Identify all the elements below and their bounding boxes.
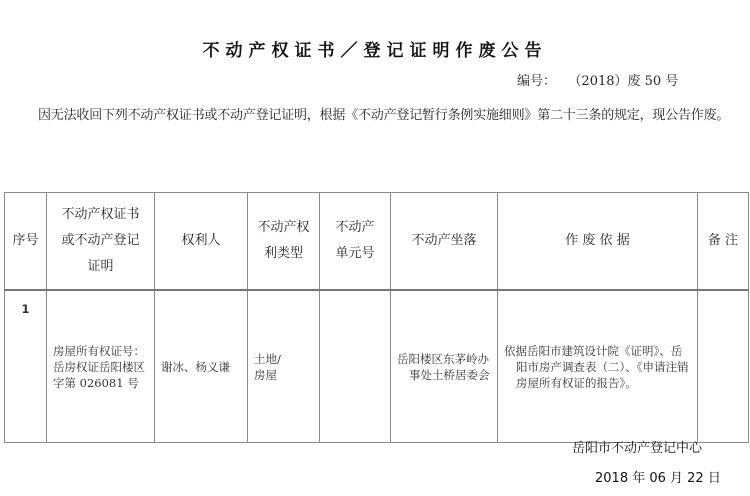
cell-remark [698, 290, 749, 443]
header-right-type: 不动产权 利类型 [248, 193, 320, 291]
cell-right-type: 土地/房屋 [248, 290, 320, 443]
header-holder: 权利人 [155, 193, 248, 291]
void-certificates-table: 序号 不动产权证书 或不动产登记 证明 权利人 不动产权 利类型 不动产 单元号… [4, 192, 749, 443]
header-certificate-line-1: 不动产权证书 [47, 202, 154, 228]
document-number-value: （2018）废 50 号 [568, 74, 678, 89]
certificate-text: 房屋所有权证号：岳房权证岳阳楼区字第 026081 号 [47, 343, 154, 391]
cell-holder: 谢冰、杨义谦 [155, 290, 248, 443]
table-row: 1 房屋所有权证号：岳房权证岳阳楼区字第 026081 号 谢冰、杨义谦 土地/… [5, 290, 749, 443]
header-certificate-line-2: 或不动产登记 [47, 228, 154, 254]
issue-date: 2018 年 06 月 22 日 [595, 467, 721, 486]
header-right-type-line-2: 利类型 [248, 241, 319, 267]
location-text: 岳阳楼区东茅岭办事处土桥居委会 [391, 351, 497, 383]
cell-unit-no [320, 290, 391, 443]
cell-basis: 依据岳阳市建筑设计院《证明》、岳阳市房产调查表（二）、《申请注销房屋所有权证的报… [498, 290, 698, 443]
header-right-type-line-1: 不动产权 [248, 215, 319, 241]
header-unit-no: 不动产 单元号 [320, 193, 391, 291]
header-basis: 作 废 依 据 [498, 193, 698, 291]
header-location: 不动产坐落 [391, 193, 498, 291]
basis-text: 依据岳阳市建筑设计院《证明》、岳阳市房产调查表（二）、《申请注销房屋所有权证的报… [498, 343, 697, 391]
announcement-paragraph: 因无法收回下列不动产权证书或不动产登记证明，根据《不动产登记暂行条例实施细则》第… [10, 100, 740, 132]
holder-text: 谢冰、杨义谦 [155, 359, 247, 375]
cell-certificate: 房屋所有权证号：岳房权证岳阳楼区字第 026081 号 [47, 290, 155, 443]
cell-location: 岳阳楼区东茅岭办事处土桥居委会 [391, 290, 498, 443]
header-unit-no-line-2: 单元号 [320, 241, 390, 267]
document-number-label: 编号： [517, 74, 556, 89]
header-certificate-line-3: 证明 [47, 254, 154, 280]
header-seq: 序号 [5, 193, 47, 291]
issuing-organization: 岳阳市不动产登记中心 [572, 437, 702, 456]
table-header-row: 序号 不动产权证书 或不动产登记 证明 权利人 不动产权 利类型 不动产 单元号… [5, 193, 749, 291]
header-remark: 备 注 [698, 193, 749, 291]
page-title: 不动产权证书／登记证明作废公告 [0, 36, 750, 61]
cell-seq: 1 [5, 290, 47, 443]
document-number: 编号： （2018）废 50 号 [517, 70, 678, 89]
right-type-text: 土地/房屋 [248, 351, 296, 383]
header-certificate: 不动产权证书 或不动产登记 证明 [47, 193, 155, 291]
header-unit-no-line-1: 不动产 [320, 215, 390, 241]
